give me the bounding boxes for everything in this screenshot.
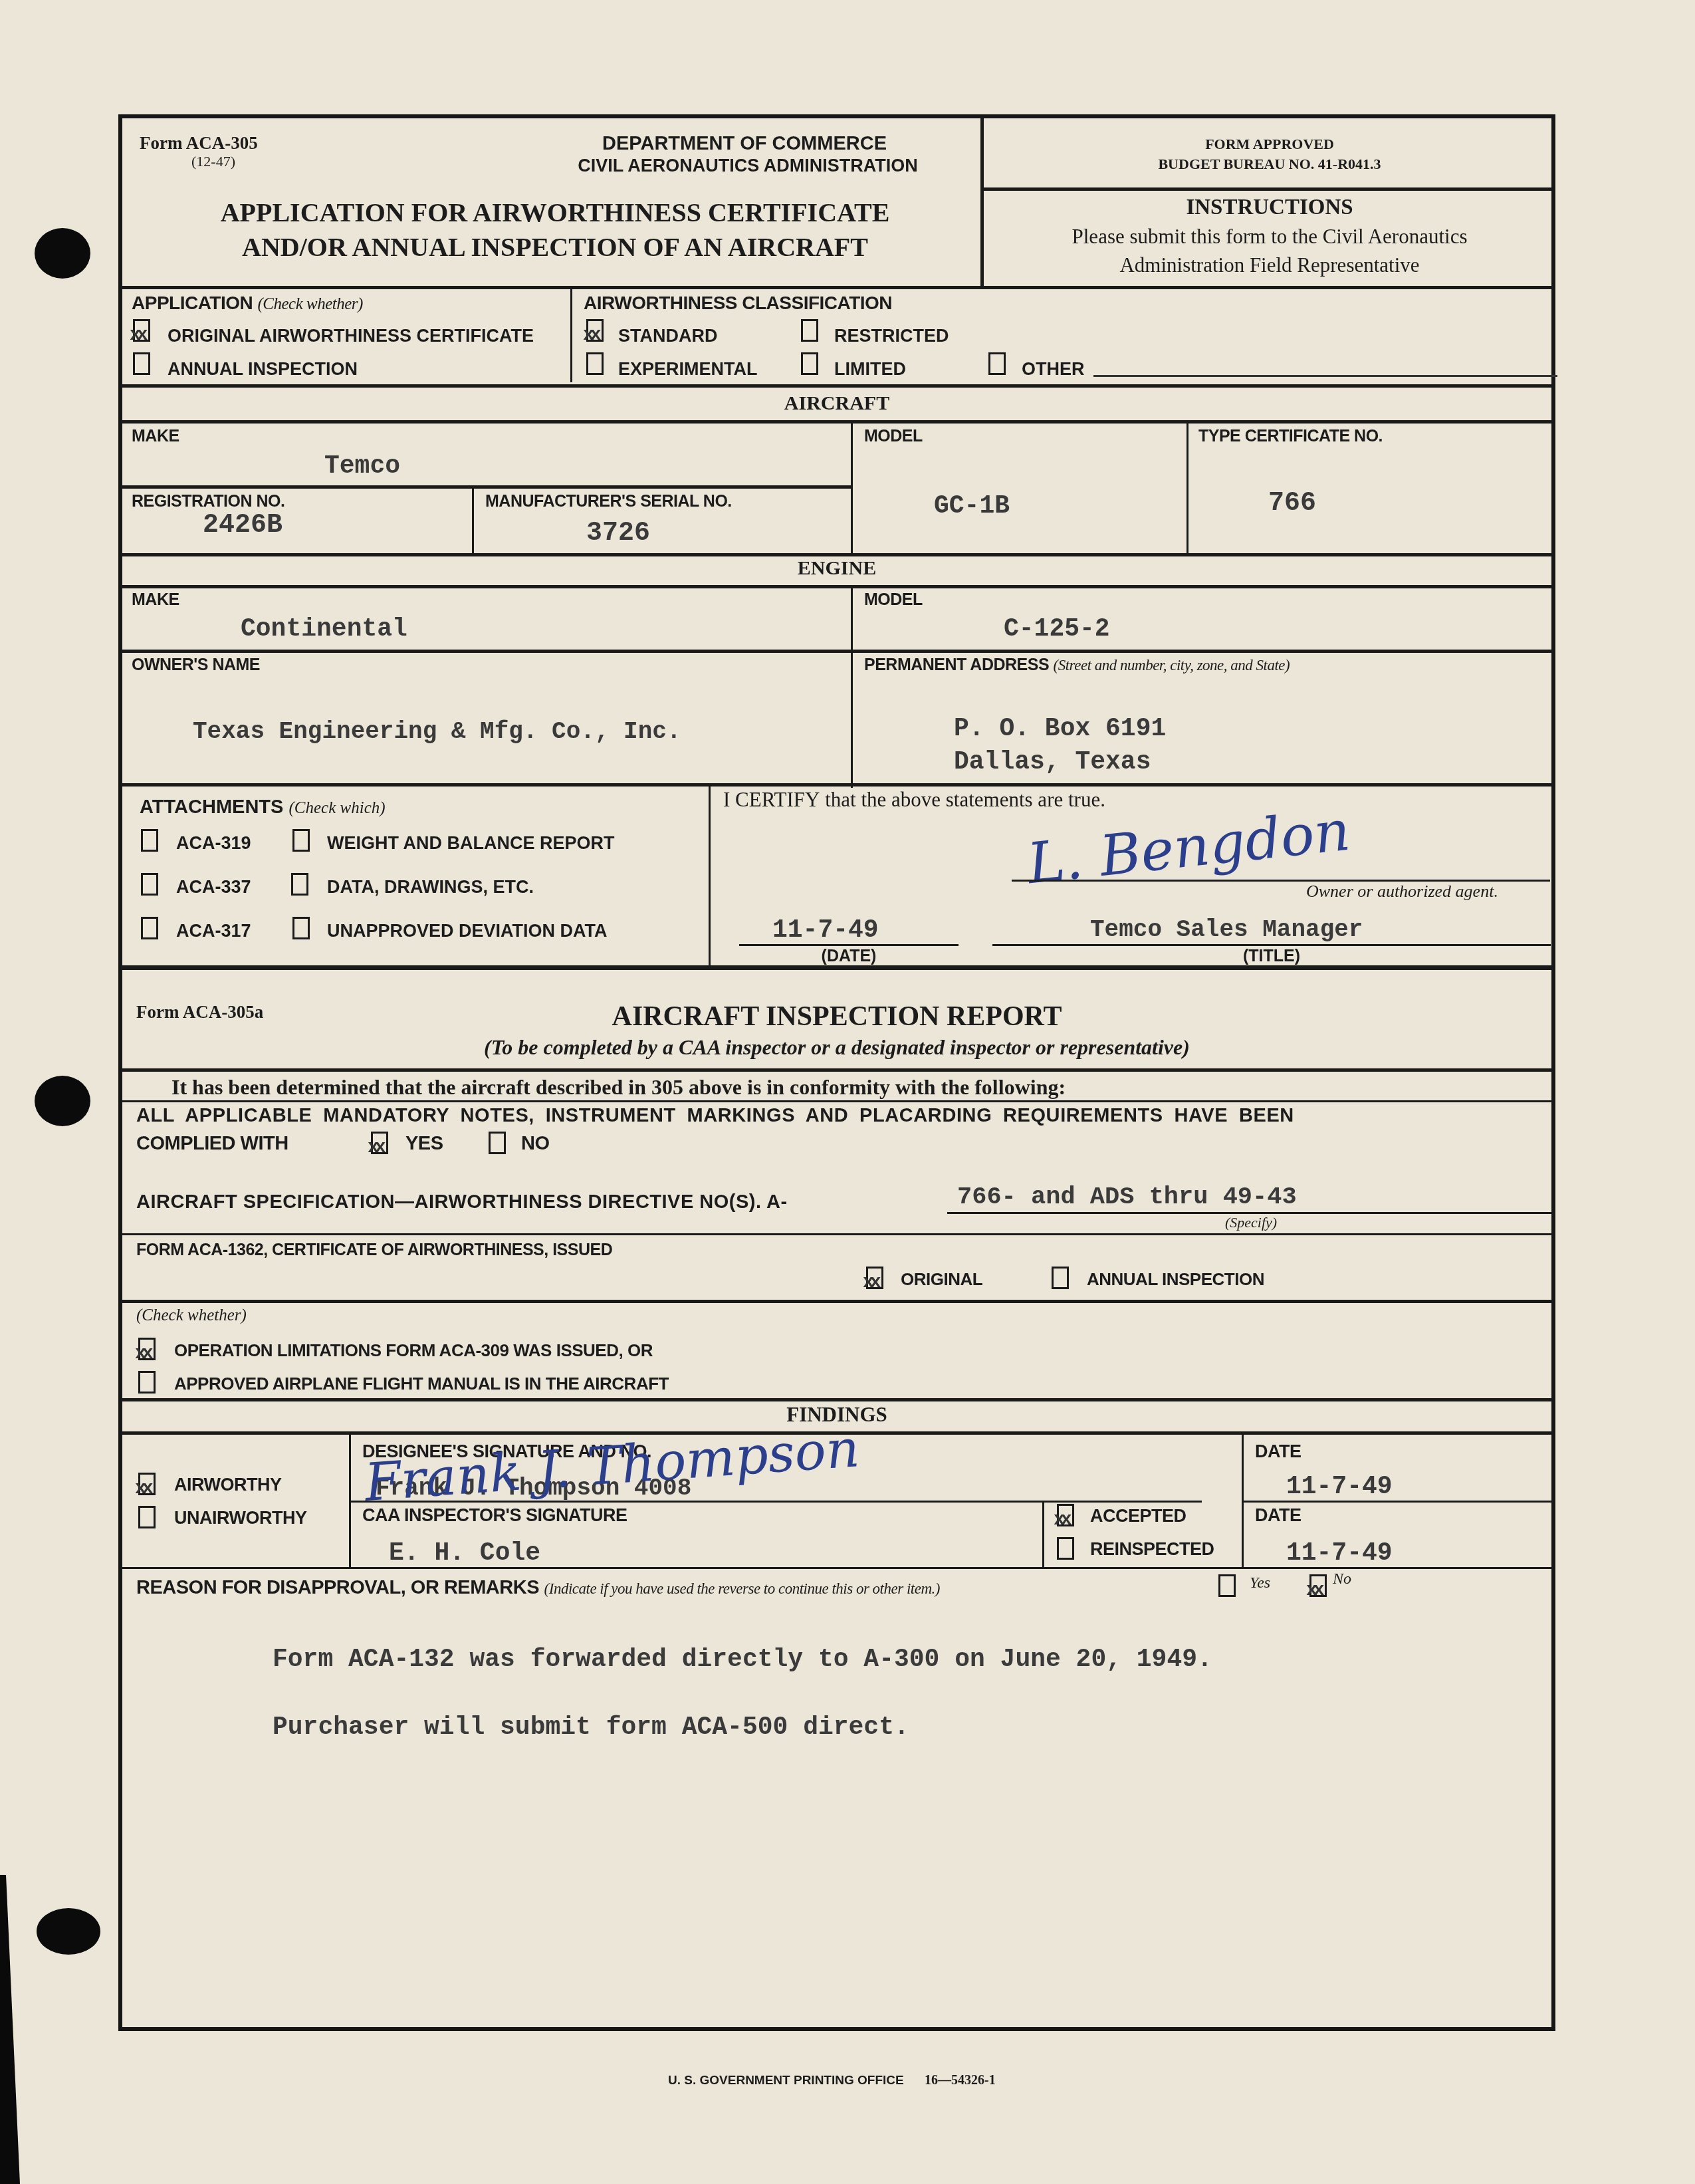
- checkbox-unairworthy[interactable]: [138, 1506, 156, 1528]
- divider-findings-bottom: [121, 1567, 1553, 1569]
- divider-aircraft-make: [121, 485, 851, 489]
- divider-aircraft-model: [851, 422, 853, 554]
- footer-printer: U. S. GOVERNMENT PRINTING OFFICE 16—5432…: [668, 2073, 996, 2088]
- caa-inspector-label: CAA INSPECTOR'S SIGNATURE: [362, 1505, 627, 1526]
- label-remarks-yes: Yes: [1250, 1574, 1270, 1592]
- scan-edge: [0, 1875, 20, 2184]
- checkbox-annual-inspection[interactable]: [133, 352, 150, 375]
- registration-label: REGISTRATION NO.: [132, 492, 284, 511]
- conformity-statement: It has been determined that the aircraft…: [171, 1075, 1066, 1100]
- type-cert-value[interactable]: 766: [1268, 489, 1316, 519]
- divider-accepted: [1042, 1501, 1044, 1568]
- checkbox-operation-limitations[interactable]: [138, 1338, 156, 1360]
- label-remarks-no: No: [1333, 1570, 1351, 1588]
- divider-engine-title: [121, 585, 1553, 588]
- label-original-certificate: ORIGINAL AIRWORTHINESS CERTIFICATE: [168, 326, 534, 346]
- certification-date-value[interactable]: 11-7-49: [772, 916, 879, 945]
- aircraft-section-title: AIRCRAFT: [121, 392, 1553, 415]
- spec-label: AIRCRAFT SPECIFICATION—AIRWORTHINESS DIR…: [136, 1191, 788, 1213]
- checkbox-aca-337[interactable]: [141, 873, 158, 896]
- remarks-line1[interactable]: Form ACA-132 was forwarded directly to A…: [273, 1645, 1212, 1674]
- date2-value[interactable]: 11-7-49: [1286, 1539, 1393, 1568]
- checkbox-complied-no[interactable]: [489, 1132, 506, 1154]
- label-aca-319: ACA-319: [176, 833, 251, 854]
- checkbox-standard[interactable]: [586, 319, 604, 342]
- checkbox-original-certificate[interactable]: [133, 319, 150, 342]
- divider-certification-bottom: [121, 965, 1553, 970]
- checkbox-weight-balance[interactable]: [292, 829, 310, 852]
- engine-model-value[interactable]: C-125-2: [1004, 615, 1110, 644]
- form-number: Form ACA-305: [140, 133, 258, 154]
- spec-hint: (Specify): [1225, 1214, 1277, 1231]
- date-line: [739, 944, 959, 946]
- checkbox-unapproved-deviation[interactable]: [292, 917, 310, 939]
- divider-engine-bottom: [121, 650, 1553, 653]
- checkbox-accepted[interactable]: [1057, 1504, 1074, 1526]
- label-data-drawings: DATA, DRAWINGS, ETC.: [327, 877, 534, 898]
- label-standard: STANDARD: [618, 326, 718, 346]
- remarks-label: REASON FOR DISAPPROVAL, OR REMARKS (Indi…: [136, 1577, 940, 1599]
- divider-conformity: [121, 1100, 1553, 1102]
- checkbox-cert-original[interactable]: [866, 1267, 883, 1289]
- binder-hole-top: [35, 228, 90, 279]
- caa-inspector-value[interactable]: E. H. Cole: [389, 1539, 540, 1568]
- address-line1[interactable]: P. O. Box 6191: [954, 715, 1166, 743]
- label-annual-inspection: ANNUAL INSPECTION: [168, 359, 358, 380]
- header-right-divider: [980, 187, 1552, 191]
- checkbox-other[interactable]: [988, 352, 1006, 375]
- divider-aircraft-title: [121, 420, 1553, 424]
- application-label: APPLICATION (Check whether): [132, 293, 363, 314]
- engine-make-label: MAKE: [132, 590, 179, 610]
- certification-title-value[interactable]: Temco Sales Manager: [1090, 916, 1363, 943]
- aircraft-make-value[interactable]: Temco: [324, 452, 400, 481]
- label-cert-original: ORIGINAL: [901, 1269, 982, 1290]
- other-input-line[interactable]: [1093, 375, 1557, 377]
- form-approved: FORM APPROVED: [984, 136, 1555, 153]
- divider-attachments: [709, 786, 711, 965]
- label-unapproved-deviation: UNAPPROVED DEVIATION DATA: [327, 921, 608, 941]
- binder-hole-bottom: [37, 1908, 100, 1955]
- form-title-line1: APPLICATION FOR AIRWORTHINESS CERTIFICAT…: [133, 197, 977, 228]
- checkbox-flight-manual[interactable]: [138, 1371, 156, 1394]
- type-cert-label: TYPE CERTIFICATE NO.: [1198, 427, 1383, 446]
- label-restricted: RESTRICTED: [834, 326, 949, 346]
- mandatory-line1: ALL APPLICABLE MANDATORY NOTES, INSTRUME…: [136, 1105, 1294, 1127]
- classification-label: AIRWORTHINESS CLASSIFICATION: [584, 293, 892, 314]
- date1-value[interactable]: 11-7-49: [1286, 1473, 1393, 1501]
- inspection-subtitle: (To be completed by a CAA inspector or a…: [121, 1035, 1553, 1060]
- aircraft-model-label: MODEL: [864, 427, 923, 446]
- engine-section-title: ENGINE: [121, 557, 1553, 580]
- divider-date1: [1243, 1501, 1553, 1503]
- label-complied-no: NO: [521, 1133, 550, 1155]
- signature-caption: Owner or authorized agent.: [1306, 882, 1498, 902]
- instructions-line2: Administration Field Representative: [984, 253, 1555, 277]
- label-aca-337: ACA-337: [176, 877, 251, 898]
- label-operation-limitations: OPERATION LIMITATIONS FORM ACA-309 WAS I…: [174, 1340, 653, 1361]
- divider-header-bottom: [121, 286, 1553, 289]
- form-title-line2: AND/OR ANNUAL INSPECTION OF AN AIRCRAFT: [133, 231, 977, 263]
- instructions-line1: Please submit this form to the Civil Aer…: [984, 225, 1555, 249]
- checkbox-data-drawings[interactable]: [291, 873, 308, 896]
- label-accepted: ACCEPTED: [1090, 1506, 1186, 1526]
- title-line: [992, 944, 1551, 946]
- remarks-line2[interactable]: Purchaser will submit form ACA-500 direc…: [273, 1713, 909, 1742]
- serial-label: MANUFACTURER'S SERIAL NO.: [485, 492, 732, 511]
- attachments-label: ATTACHMENTS (Check which): [140, 796, 386, 818]
- divider-cert-issued: [121, 1300, 1553, 1303]
- divider-check-whether: [121, 1398, 1553, 1401]
- address-label: PERMANENT ADDRESS (Street and number, ci…: [864, 656, 1290, 675]
- checkbox-complied-yes[interactable]: [371, 1132, 388, 1154]
- checkbox-reinspected[interactable]: [1057, 1537, 1074, 1560]
- binder-hole-middle: [35, 1076, 90, 1126]
- aircraft-make-label: MAKE: [132, 427, 179, 446]
- engine-make-value[interactable]: Continental: [241, 615, 407, 644]
- agency-name: CIVIL AERONAUTICS ADMINISTRATION: [532, 156, 964, 176]
- divider-spec: [121, 1233, 1553, 1235]
- label-complied-yes: YES: [405, 1133, 443, 1155]
- checkbox-remarks-yes[interactable]: [1218, 1574, 1236, 1597]
- inspection-title: AIRCRAFT INSPECTION REPORT: [121, 1001, 1553, 1032]
- checkbox-restricted[interactable]: [801, 319, 818, 342]
- divider-owner-bottom: [121, 783, 1553, 787]
- label-reinspected: REINSPECTED: [1090, 1539, 1214, 1560]
- date2-label: DATE: [1255, 1505, 1301, 1526]
- engine-model-label: MODEL: [864, 590, 923, 610]
- divider-type-cert: [1186, 422, 1188, 554]
- divider-engine-model: [851, 587, 853, 788]
- label-unairworthy: UNAIRWORTHY: [174, 1508, 307, 1528]
- owner-name-value[interactable]: Texas Engineering & Mfg. Co., Inc.: [193, 718, 681, 745]
- department-name: DEPARTMENT OF COMMERCE: [545, 133, 944, 155]
- mandatory-line2: COMPLIED WITH: [136, 1133, 288, 1155]
- checkbox-cert-annual[interactable]: [1052, 1267, 1069, 1289]
- registration-value[interactable]: 2426B: [203, 511, 282, 541]
- label-weight-balance: WEIGHT AND BALANCE REPORT: [327, 833, 615, 854]
- instructions-title: INSTRUCTIONS: [984, 195, 1555, 220]
- check-whether-hint: (Check whether): [136, 1306, 247, 1325]
- divider-aircraft-bottom: [121, 553, 1553, 556]
- owner-name-label: OWNER'S NAME: [132, 656, 260, 675]
- address-line2[interactable]: Dallas, Texas: [954, 748, 1151, 777]
- checkbox-experimental[interactable]: [586, 352, 604, 375]
- checkbox-limited[interactable]: [801, 352, 818, 375]
- checkbox-remarks-no[interactable]: [1309, 1574, 1327, 1597]
- cert-issued-label: FORM ACA-1362, CERTIFICATE OF AIRWORTHIN…: [136, 1241, 612, 1260]
- label-airworthy: AIRWORTHY: [174, 1475, 282, 1495]
- label-experimental: EXPERIMENTAL: [618, 359, 758, 380]
- divider-classification-bottom: [121, 384, 1553, 388]
- title-caption: (TITLE): [992, 947, 1551, 966]
- divider-registration: [472, 487, 474, 554]
- serial-value[interactable]: 3726: [586, 519, 650, 548]
- label-cert-annual: ANNUAL INSPECTION: [1087, 1269, 1264, 1290]
- label-other: OTHER: [1022, 359, 1085, 380]
- checkbox-aca-319[interactable]: [141, 829, 158, 852]
- application-divider: [570, 289, 572, 382]
- certify-statement: I CERTIFY that the above statements are …: [723, 788, 1105, 812]
- date1-label: DATE: [1255, 1441, 1301, 1462]
- date-caption: (DATE): [739, 947, 959, 966]
- label-aca-317: ACA-317: [176, 921, 251, 941]
- checkbox-airworthy[interactable]: [138, 1473, 156, 1495]
- aircraft-model-value[interactable]: GC-1B: [934, 492, 1010, 521]
- divider-inspection-title: [121, 1068, 1553, 1072]
- spec-value[interactable]: 766- and ADS thru 49-43: [957, 1183, 1297, 1211]
- label-limited: LIMITED: [834, 359, 906, 380]
- label-flight-manual: APPROVED AIRPLANE FLIGHT MANUAL IS IN TH…: [174, 1374, 669, 1394]
- divider-designee: [351, 1501, 1202, 1503]
- form-revision: (12-47): [191, 153, 235, 170]
- checkbox-aca-317[interactable]: [141, 917, 158, 939]
- budget-bureau: BUDGET BUREAU NO. 41-R041.3: [984, 156, 1555, 173]
